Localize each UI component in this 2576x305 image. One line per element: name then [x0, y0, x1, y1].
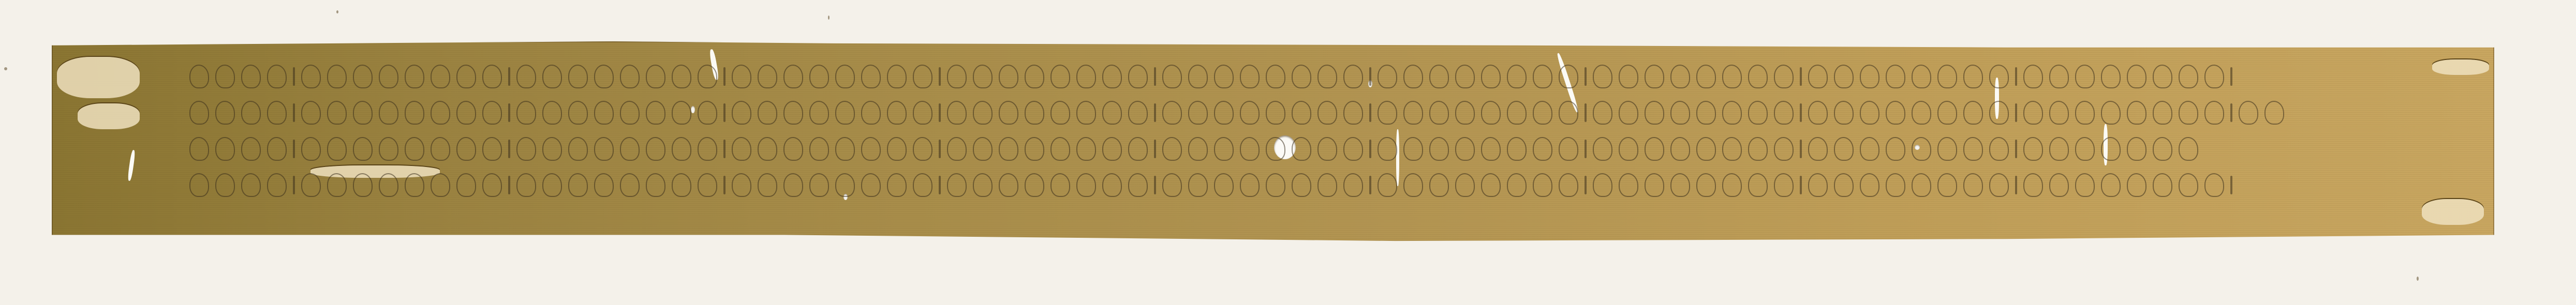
- ink-glyph: [1963, 65, 1983, 88]
- ink-glyph: [301, 173, 321, 197]
- ink-glyph: [267, 137, 287, 161]
- ink-glyph: [887, 137, 907, 161]
- ink-glyph: [1808, 65, 1828, 88]
- ink-glyph: [1645, 101, 1664, 125]
- ink-glyph: [456, 137, 476, 161]
- ink-glyph: [2239, 101, 2258, 125]
- ink-glyph: [1800, 103, 1802, 122]
- ink-glyph: [1481, 65, 1501, 88]
- ink-glyph: [1429, 65, 1449, 88]
- ink-glyph: [1214, 173, 1234, 197]
- ink-glyph: [2179, 65, 2198, 88]
- ink-glyph: [1748, 101, 1768, 125]
- ink-glyph: [1266, 137, 1285, 161]
- ink-glyph: [379, 173, 398, 197]
- ink-glyph: [723, 103, 726, 122]
- ink-glyph: [1696, 137, 1716, 161]
- ink-glyph: [1533, 101, 1552, 125]
- ink-glyph: [1102, 101, 1122, 125]
- ink-glyph: [1886, 101, 1905, 125]
- ink-glyph: [456, 101, 476, 125]
- ink-glyph: [542, 137, 562, 161]
- ink-glyph: [809, 101, 829, 125]
- ink-glyph: [1963, 101, 1983, 125]
- ink-glyph: [2015, 67, 2017, 86]
- ink-glyph: [2153, 65, 2172, 88]
- ink-glyph: [783, 101, 803, 125]
- ink-glyph: [189, 137, 209, 161]
- ink-glyph: [1722, 65, 1742, 88]
- ink-glyph: [1403, 173, 1423, 197]
- ink-glyph: [1154, 103, 1156, 122]
- ink-glyph: [594, 173, 614, 197]
- ink-glyph: [1722, 173, 1742, 197]
- ink-glyph: [1937, 137, 1957, 161]
- ink-glyph: [2179, 101, 2198, 125]
- ink-glyph: [1214, 101, 1234, 125]
- manuscript-line-4: [186, 165, 2441, 202]
- ink-glyph: [1593, 101, 1612, 125]
- ink-glyph: [508, 176, 510, 194]
- ink-glyph: [2204, 173, 2224, 197]
- ink-glyph: [1774, 65, 1794, 88]
- ink-glyph: [1593, 137, 1612, 161]
- ink-glyph: [1937, 173, 1957, 197]
- ink-glyph: [723, 176, 726, 194]
- ink-glyph: [1989, 101, 2009, 125]
- ink-glyph: [887, 65, 907, 88]
- ink-glyph: [1593, 65, 1612, 88]
- ink-glyph: [1378, 137, 1397, 161]
- ink-glyph: [379, 137, 398, 161]
- ink-glyph: [1188, 65, 1208, 88]
- ink-glyph: [1050, 173, 1070, 197]
- ink-glyph: [189, 101, 209, 125]
- ink-glyph: [1808, 137, 1828, 161]
- ink-glyph: [783, 173, 803, 197]
- ink-glyph: [698, 101, 717, 125]
- ink-glyph: [2023, 65, 2043, 88]
- ink-glyph: [2015, 103, 2017, 122]
- ink-glyph: [594, 65, 614, 88]
- ink-glyph: [913, 101, 932, 125]
- ink-glyph: [913, 137, 932, 161]
- ink-glyph: [1343, 173, 1363, 197]
- manuscript-line-2: [186, 93, 2441, 129]
- ink-glyph: [327, 101, 347, 125]
- ink-glyph: [2101, 65, 2121, 88]
- ink-glyph: [2015, 176, 2017, 194]
- ink-glyph: [1369, 103, 1371, 122]
- ink-glyph: [1912, 137, 1931, 161]
- ink-glyph: [672, 65, 691, 88]
- ink-glyph: [1292, 101, 1311, 125]
- ink-glyph: [1025, 65, 1044, 88]
- ink-glyph: [732, 65, 751, 88]
- ink-glyph: [1266, 65, 1285, 88]
- ink-glyph: [293, 103, 295, 122]
- ink-glyph: [861, 137, 881, 161]
- ink-glyph: [2023, 101, 2043, 125]
- background-speck: [4, 67, 7, 70]
- ink-glyph: [1102, 173, 1122, 197]
- ink-glyph: [542, 173, 562, 197]
- ink-glyph: [2127, 65, 2146, 88]
- ink-glyph: [646, 173, 665, 197]
- ink-glyph: [947, 65, 967, 88]
- ink-glyph: [861, 101, 881, 125]
- ink-glyph: [1403, 101, 1423, 125]
- ink-glyph: [1800, 67, 1802, 86]
- ink-glyph: [1507, 173, 1527, 197]
- ink-glyph: [2023, 137, 2043, 161]
- ink-glyph: [1378, 101, 1397, 125]
- ink-glyph: [241, 137, 261, 161]
- ink-glyph: [1800, 140, 1802, 158]
- ink-glyph: [353, 65, 373, 88]
- ink-glyph: [1533, 173, 1552, 197]
- ink-glyph: [1162, 173, 1182, 197]
- ink-glyph: [1188, 173, 1208, 197]
- ink-glyph: [1317, 65, 1337, 88]
- ink-glyph: [1774, 173, 1794, 197]
- ink-glyph: [568, 137, 588, 161]
- ink-glyph: [1800, 176, 1802, 194]
- ink-glyph: [1963, 173, 1983, 197]
- ink-glyph: [2230, 176, 2232, 194]
- ink-glyph: [1154, 176, 1156, 194]
- ink-glyph: [1369, 67, 1371, 86]
- ink-glyph: [1102, 65, 1122, 88]
- ink-glyph: [1050, 137, 1070, 161]
- ink-glyph: [1292, 173, 1311, 197]
- ink-glyph: [1343, 65, 1363, 88]
- manuscript-line-3: [186, 129, 2441, 165]
- ink-glyph: [1214, 137, 1234, 161]
- ink-glyph: [947, 101, 967, 125]
- ink-glyph: [1834, 137, 1854, 161]
- ink-glyph: [456, 173, 476, 197]
- ink-glyph: [568, 101, 588, 125]
- ink-glyph: [2127, 101, 2146, 125]
- ink-glyph: [2049, 137, 2069, 161]
- ink-glyph: [1025, 173, 1044, 197]
- ink-glyph: [1240, 65, 1260, 88]
- ink-glyph: [646, 65, 665, 88]
- ink-glyph: [1343, 137, 1363, 161]
- ink-glyph: [672, 101, 691, 125]
- ink-glyph: [1050, 101, 1070, 125]
- ink-glyph: [379, 65, 398, 88]
- ink-glyph: [835, 65, 855, 88]
- ink-glyph: [1154, 140, 1156, 158]
- ink-glyph: [1559, 101, 1578, 125]
- ink-glyph: [835, 173, 855, 197]
- ink-glyph: [861, 65, 881, 88]
- ink-glyph: [2049, 101, 2069, 125]
- ink-glyph: [1128, 101, 1148, 125]
- ink-glyph: [973, 137, 993, 161]
- ink-glyph: [301, 65, 321, 88]
- ink-glyph: [568, 65, 588, 88]
- ink-glyph: [1670, 65, 1690, 88]
- ink-glyph: [1696, 101, 1716, 125]
- ink-glyph: [1937, 101, 1957, 125]
- ink-glyph: [353, 173, 373, 197]
- ink-glyph: [887, 173, 907, 197]
- ink-glyph: [1455, 173, 1475, 197]
- ink-glyph: [594, 101, 614, 125]
- ink-glyph: [2153, 101, 2172, 125]
- ink-glyph: [2204, 101, 2224, 125]
- ink-glyph: [620, 137, 640, 161]
- ink-glyph: [1076, 137, 1096, 161]
- ink-glyph: [215, 65, 235, 88]
- ink-glyph: [1886, 137, 1905, 161]
- ink-glyph: [508, 140, 510, 158]
- ink-glyph: [405, 137, 424, 161]
- ink-glyph: [1886, 65, 1905, 88]
- ink-glyph: [2230, 103, 2232, 122]
- ink-glyph: [327, 65, 347, 88]
- background-speck: [2417, 277, 2419, 281]
- ink-glyph: [1162, 137, 1182, 161]
- ink-glyph: [594, 137, 614, 161]
- ink-glyph: [999, 101, 1018, 125]
- ink-glyph: [646, 101, 665, 125]
- ink-glyph: [1619, 101, 1638, 125]
- ink-glyph: [1937, 65, 1957, 88]
- ink-glyph: [2204, 65, 2224, 88]
- ink-glyph: [1722, 137, 1742, 161]
- ink-glyph: [267, 173, 287, 197]
- ink-glyph: [1429, 173, 1449, 197]
- ink-glyph: [1214, 65, 1234, 88]
- ink-glyph: [1696, 173, 1716, 197]
- ink-glyph: [758, 65, 777, 88]
- ink-glyph: [2049, 65, 2069, 88]
- ink-glyph: [353, 137, 373, 161]
- ink-glyph: [1559, 65, 1578, 88]
- ink-glyph: [1266, 173, 1285, 197]
- ink-glyph: [698, 65, 717, 88]
- ink-glyph: [1645, 65, 1664, 88]
- ink-glyph: [758, 101, 777, 125]
- ink-glyph: [1989, 65, 2009, 88]
- ink-glyph: [1240, 137, 1260, 161]
- ink-glyph: [1162, 101, 1182, 125]
- ink-glyph: [431, 173, 450, 197]
- ink-glyph: [835, 101, 855, 125]
- ink-glyph: [1670, 173, 1690, 197]
- ink-glyph: [1774, 101, 1794, 125]
- ink-glyph: [783, 137, 803, 161]
- ink-glyph: [732, 101, 751, 125]
- ink-glyph: [947, 137, 967, 161]
- ink-glyph: [482, 101, 502, 125]
- ink-glyph: [1369, 140, 1371, 158]
- ink-glyph: [1963, 137, 1983, 161]
- ink-glyph: [999, 137, 1018, 161]
- ink-glyph: [913, 173, 932, 197]
- ink-glyph: [2153, 137, 2172, 161]
- ink-glyph: [1593, 173, 1612, 197]
- ink-glyph: [732, 173, 751, 197]
- ink-glyph: [293, 67, 295, 86]
- ink-glyph: [1317, 137, 1337, 161]
- ink-glyph: [939, 67, 941, 86]
- insect-damage-right: [2422, 199, 2484, 225]
- ink-glyph: [267, 65, 287, 88]
- ink-glyph: [999, 65, 1018, 88]
- ink-glyph: [672, 137, 691, 161]
- ink-glyph: [482, 65, 502, 88]
- ink-glyph: [1585, 67, 1587, 86]
- ink-glyph: [1025, 101, 1044, 125]
- ink-glyph: [241, 65, 261, 88]
- ink-glyph: [1507, 65, 1527, 88]
- ink-glyph: [2101, 173, 2121, 197]
- ink-glyph: [1317, 173, 1337, 197]
- ink-glyph: [1403, 137, 1423, 161]
- ink-glyph: [1154, 67, 1156, 86]
- ink-glyph: [698, 173, 717, 197]
- ink-glyph: [861, 173, 881, 197]
- ink-glyph: [405, 65, 424, 88]
- ink-glyph: [809, 65, 829, 88]
- ink-glyph: [913, 65, 932, 88]
- ink-glyph: [887, 101, 907, 125]
- ink-glyph: [1559, 137, 1578, 161]
- ink-glyph: [327, 137, 347, 161]
- ink-glyph: [508, 103, 510, 122]
- ink-glyph: [1834, 101, 1854, 125]
- ink-glyph: [482, 173, 502, 197]
- manuscript-line-1: [186, 57, 2441, 93]
- ink-glyph: [1585, 176, 1587, 194]
- ink-glyph: [1317, 101, 1337, 125]
- ink-glyph: [809, 173, 829, 197]
- ink-glyph: [1559, 173, 1578, 197]
- ink-glyph: [241, 101, 261, 125]
- ink-glyph: [835, 137, 855, 161]
- ink-glyph: [620, 65, 640, 88]
- ink-glyph: [456, 65, 476, 88]
- ink-glyph: [939, 140, 941, 158]
- ink-glyph: [1860, 65, 1879, 88]
- ink-glyph: [542, 101, 562, 125]
- ink-glyph: [2127, 137, 2146, 161]
- ink-glyph: [1748, 137, 1768, 161]
- ink-glyph: [1403, 65, 1423, 88]
- ink-glyph: [327, 173, 347, 197]
- ink-glyph: [2101, 137, 2121, 161]
- ink-glyph: [1292, 137, 1311, 161]
- ink-glyph: [1619, 173, 1638, 197]
- ink-glyph: [241, 173, 261, 197]
- ink-glyph: [947, 173, 967, 197]
- ink-glyph: [973, 65, 993, 88]
- ink-glyph: [1748, 173, 1768, 197]
- ink-glyph: [1585, 140, 1587, 158]
- ink-glyph: [809, 137, 829, 161]
- ink-glyph: [1162, 65, 1182, 88]
- ink-glyph: [431, 65, 450, 88]
- ink-glyph: [516, 137, 536, 161]
- ink-glyph: [1481, 137, 1501, 161]
- ink-glyph: [1378, 173, 1397, 197]
- ink-glyph: [2075, 173, 2095, 197]
- ink-glyph: [2264, 101, 2284, 125]
- ink-glyph: [431, 137, 450, 161]
- ink-glyph: [267, 101, 287, 125]
- ink-glyph: [2179, 137, 2198, 161]
- ink-glyph: [1343, 101, 1363, 125]
- ink-glyph: [999, 173, 1018, 197]
- ink-glyph: [1455, 101, 1475, 125]
- ink-glyph: [646, 137, 665, 161]
- insect-damage-left: [57, 57, 140, 98]
- ink-glyph: [1188, 137, 1208, 161]
- ink-glyph: [1533, 137, 1552, 161]
- ink-glyph: [1808, 173, 1828, 197]
- ink-glyph: [1102, 137, 1122, 161]
- ink-glyph: [405, 173, 424, 197]
- ink-glyph: [2179, 173, 2198, 197]
- ink-glyph: [1989, 173, 2009, 197]
- ink-glyph: [1128, 137, 1148, 161]
- ink-glyph: [758, 173, 777, 197]
- ink-glyph: [1025, 137, 1044, 161]
- ink-glyph: [1128, 173, 1148, 197]
- ink-glyph: [293, 140, 295, 158]
- ink-glyph: [1912, 173, 1931, 197]
- ink-glyph: [215, 101, 235, 125]
- ink-glyph: [1050, 65, 1070, 88]
- ink-glyph: [1834, 65, 1854, 88]
- ink-glyph: [1378, 65, 1397, 88]
- ink-glyph: [2127, 173, 2146, 197]
- ink-glyph: [1860, 173, 1879, 197]
- ink-glyph: [723, 67, 726, 86]
- ink-glyph: [542, 65, 562, 88]
- ink-glyph: [973, 101, 993, 125]
- ink-glyph: [1429, 137, 1449, 161]
- ink-glyph: [482, 137, 502, 161]
- ink-glyph: [516, 101, 536, 125]
- ink-glyph: [568, 173, 588, 197]
- ink-glyph: [620, 101, 640, 125]
- ink-glyph: [2101, 101, 2121, 125]
- ink-glyph: [620, 173, 640, 197]
- ink-glyph: [189, 65, 209, 88]
- ink-glyph: [215, 137, 235, 161]
- ink-glyph: [405, 101, 424, 125]
- ink-glyph: [2230, 67, 2232, 86]
- ink-glyph: [1240, 173, 1260, 197]
- ink-glyph: [293, 176, 295, 194]
- background-speck: [336, 10, 338, 13]
- ink-glyph: [1585, 103, 1587, 122]
- ink-glyph: [732, 137, 751, 161]
- ink-glyph: [1481, 101, 1501, 125]
- ink-glyph: [1912, 101, 1931, 125]
- ink-glyph: [1076, 173, 1096, 197]
- ink-glyph: [301, 101, 321, 125]
- ink-glyph: [783, 65, 803, 88]
- ink-glyph: [1619, 137, 1638, 161]
- ink-glyph: [189, 173, 209, 197]
